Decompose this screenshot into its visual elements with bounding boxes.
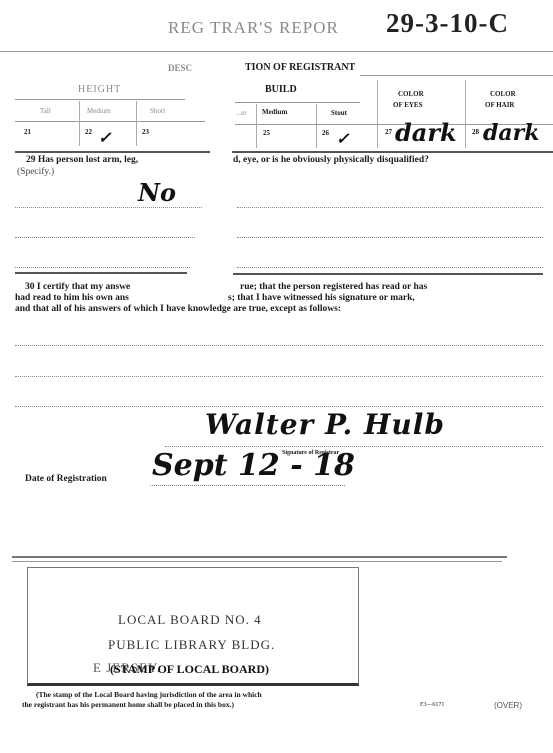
column-header-rule-left bbox=[15, 121, 205, 122]
question-29-answer: No bbox=[138, 178, 176, 207]
cell-number-21: 21 bbox=[24, 128, 31, 136]
height-medium-checkmark: ✓ bbox=[98, 128, 111, 147]
answer-line bbox=[15, 237, 195, 238]
stamp-caption-line-1: (The stamp of the Local Board having jur… bbox=[36, 690, 262, 699]
question-30-line3: and that all of his answers of which I h… bbox=[15, 304, 341, 314]
question-30-line1-right: rue; that the person registered has read… bbox=[240, 282, 427, 292]
title-rule bbox=[0, 51, 553, 52]
report-title: REG TRAR'S REPOR bbox=[168, 18, 339, 38]
stamp-line-2: PUBLIC LIBRARY BLDG. bbox=[108, 637, 275, 653]
hair-color-value: dark bbox=[483, 120, 539, 146]
eye-color-value: dark bbox=[395, 118, 457, 147]
build-col-medium: Medium bbox=[262, 108, 287, 116]
stamp-section-rule bbox=[12, 556, 507, 558]
serial-number: 29-3-10-C bbox=[386, 8, 509, 39]
cell-number-23: 23 bbox=[142, 128, 149, 136]
answer-line bbox=[237, 207, 543, 208]
eyes-label-2: OF EYES bbox=[393, 101, 423, 109]
answer-line bbox=[237, 267, 543, 268]
question-30-line2-right: s; that I have witnessed his signature o… bbox=[228, 293, 415, 303]
question-29-text-right: d, eye, or is he obviously physically di… bbox=[233, 155, 429, 165]
height-group-label: HEIGHT bbox=[78, 84, 121, 95]
divider bbox=[377, 80, 378, 148]
divider bbox=[465, 80, 466, 148]
description-title-right: TION OF REGISTRANT bbox=[245, 62, 355, 73]
eyes-label-1: COLOR bbox=[398, 90, 424, 98]
cell-number-25: 25 bbox=[263, 129, 270, 137]
cell-number-27: 27 bbox=[385, 128, 392, 136]
answer-line bbox=[15, 376, 543, 377]
stamp-caption-line-2: the registrant has his permanent home sh… bbox=[22, 700, 234, 709]
answer-line bbox=[237, 237, 543, 238]
cell-number-22: 22 bbox=[85, 128, 92, 136]
signature-line bbox=[165, 446, 543, 447]
table-bottom-rule-right bbox=[232, 151, 553, 153]
form-code: F3—6171 bbox=[420, 702, 444, 708]
divider bbox=[316, 104, 317, 148]
build-col-stout: Stout bbox=[331, 109, 347, 117]
registration-date-label: Date of Registration bbox=[25, 474, 107, 484]
hair-label-1: COLOR bbox=[490, 90, 516, 98]
section-rule-left bbox=[15, 272, 187, 274]
registration-date-value: Sept 12 - 18 bbox=[152, 448, 355, 483]
cell-number-28: 28 bbox=[472, 128, 479, 136]
height-col-short: Short bbox=[150, 107, 165, 115]
stamp-line-1: LOCAL BOARD NO. 4 bbox=[118, 612, 262, 628]
divider bbox=[136, 101, 137, 146]
answer-line bbox=[15, 406, 543, 407]
question-30-line1-left: 30 I certify that my answe bbox=[25, 282, 130, 292]
date-line bbox=[150, 485, 345, 486]
divider bbox=[79, 101, 80, 146]
table-bottom-rule-left bbox=[15, 151, 210, 153]
build-col-slender: ...er bbox=[236, 109, 247, 117]
description-title-left: DESC bbox=[168, 63, 192, 73]
subheader-rule-right bbox=[235, 102, 360, 103]
stamp-overlay-text: (STAMP OF LOCAL BOARD) bbox=[110, 662, 269, 677]
question-30-line2-left: had read to him his own ans bbox=[15, 293, 129, 303]
hair-label-2: OF HAIR bbox=[485, 101, 515, 109]
section-rule-right bbox=[233, 273, 543, 275]
divider bbox=[256, 104, 257, 148]
registrar-signature: Walter P. Hulb bbox=[205, 408, 445, 441]
question-29-text-left: 29 Has person lost arm, leg, bbox=[26, 155, 138, 165]
build-stout-checkmark: ✓ bbox=[336, 129, 349, 148]
over-label: (OVER) bbox=[494, 701, 522, 710]
question-29-specify: (Specify.) bbox=[17, 167, 54, 177]
answer-line bbox=[15, 345, 543, 346]
height-col-medium: Medium bbox=[87, 107, 111, 115]
table-top-rule bbox=[360, 75, 553, 76]
build-group-label: BUILD bbox=[265, 84, 297, 95]
subheader-rule-left bbox=[15, 99, 185, 100]
answer-line bbox=[15, 207, 202, 208]
cell-number-26: 26 bbox=[322, 129, 329, 137]
height-col-tall: Tall bbox=[40, 107, 51, 115]
stamp-section-rule-2 bbox=[12, 561, 502, 562]
answer-line bbox=[15, 267, 190, 268]
